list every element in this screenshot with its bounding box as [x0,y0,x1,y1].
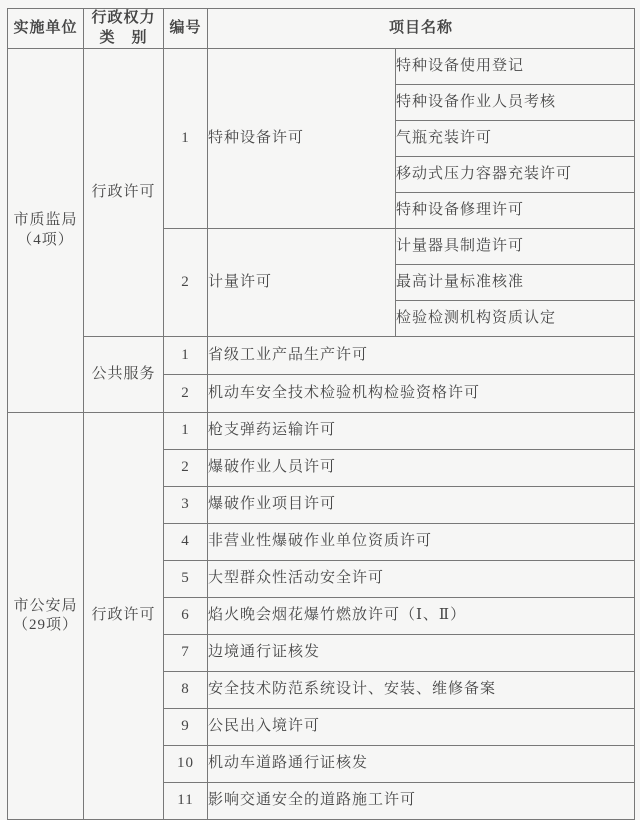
header-power-line1: 行政权力 [84,9,163,29]
item-name: 边境通行证核发 [208,635,635,672]
item-number: 9 [164,709,208,746]
document-sheet: 实施单位 行政权力 类 别 编号 项目名称 市质监局 （4项） 行政许可 1 特… [0,0,640,820]
item-name: 公民出入境许可 [208,709,635,746]
item-name: 非营业性爆破作业单位资质许可 [208,524,635,561]
header-implementing-unit: 实施单位 [8,9,84,49]
item-number: 2 [164,450,208,487]
table-row: 市公安局 （29项） 行政许可 1 枪支弹药运输许可 [8,413,635,450]
sub-item-name: 气瓶充装许可 [396,121,635,157]
item-number: 2 [164,375,208,413]
table-row: 市质监局 （4项） 行政许可 1 特种设备许可 特种设备使用登记 [8,49,635,85]
header-power-line2: 类 别 [84,29,163,49]
sub-item-name: 移动式压力容器充装许可 [396,157,635,193]
sub-item-name: 特种设备作业人员考核 [396,85,635,121]
item-number: 2 [164,229,208,337]
header-number: 编号 [164,9,208,49]
sub-item-name: 计量器具制造许可 [396,229,635,265]
sub-item-name: 检验检测机构资质认定 [396,301,635,337]
category-admin-license-qjj: 行政许可 [84,49,164,337]
category-admin-license-gaj: 行政许可 [84,413,164,820]
table-header-row: 实施单位 行政权力 类 别 编号 项目名称 [8,9,635,49]
unit-name: 市质监局 [8,211,83,231]
unit-name: 市公安局 [8,597,83,617]
sub-item-name: 特种设备修理许可 [396,193,635,229]
item-number: 7 [164,635,208,672]
item-name: 机动车道路通行证核发 [208,746,635,783]
item-name: 爆破作业项目许可 [208,487,635,524]
item-name: 大型群众性活动安全许可 [208,561,635,598]
item-number: 3 [164,487,208,524]
item-name: 影响交通安全的道路施工许可 [208,783,635,820]
item-name: 爆破作业人员许可 [208,450,635,487]
group-name-metrology: 计量许可 [208,229,396,337]
sub-item-name: 特种设备使用登记 [396,49,635,85]
item-number: 8 [164,672,208,709]
category-public-service: 公共服务 [84,337,164,413]
item-number: 11 [164,783,208,820]
item-name: 安全技术防范系统设计、安装、维修备案 [208,672,635,709]
item-number: 1 [164,49,208,229]
unit-count: （4项） [8,231,83,251]
item-name: 省级工业产品生产许可 [208,337,635,375]
item-name: 机动车安全技术检验机构检验资格许可 [208,375,635,413]
table-row: 公共服务 1 省级工业产品生产许可 [8,337,635,375]
administrative-permissions-table: 实施单位 行政权力 类 别 编号 项目名称 市质监局 （4项） 行政许可 1 特… [7,8,635,820]
item-name: 焰火晚会烟花爆竹燃放许可（Ⅰ、Ⅱ） [208,598,635,635]
item-number: 6 [164,598,208,635]
unit-cell-quality-bureau: 市质监局 （4项） [8,49,84,413]
item-number: 1 [164,337,208,375]
group-name-special-equipment: 特种设备许可 [208,49,396,229]
item-name: 枪支弹药运输许可 [208,413,635,450]
header-project-name: 项目名称 [208,9,635,49]
item-number: 10 [164,746,208,783]
item-number: 4 [164,524,208,561]
unit-count: （29项） [8,616,83,636]
unit-cell-security-bureau: 市公安局 （29项） [8,413,84,820]
sub-item-name: 最高计量标准核准 [396,265,635,301]
header-power-category: 行政权力 类 别 [84,9,164,49]
item-number: 5 [164,561,208,598]
item-number: 1 [164,413,208,450]
